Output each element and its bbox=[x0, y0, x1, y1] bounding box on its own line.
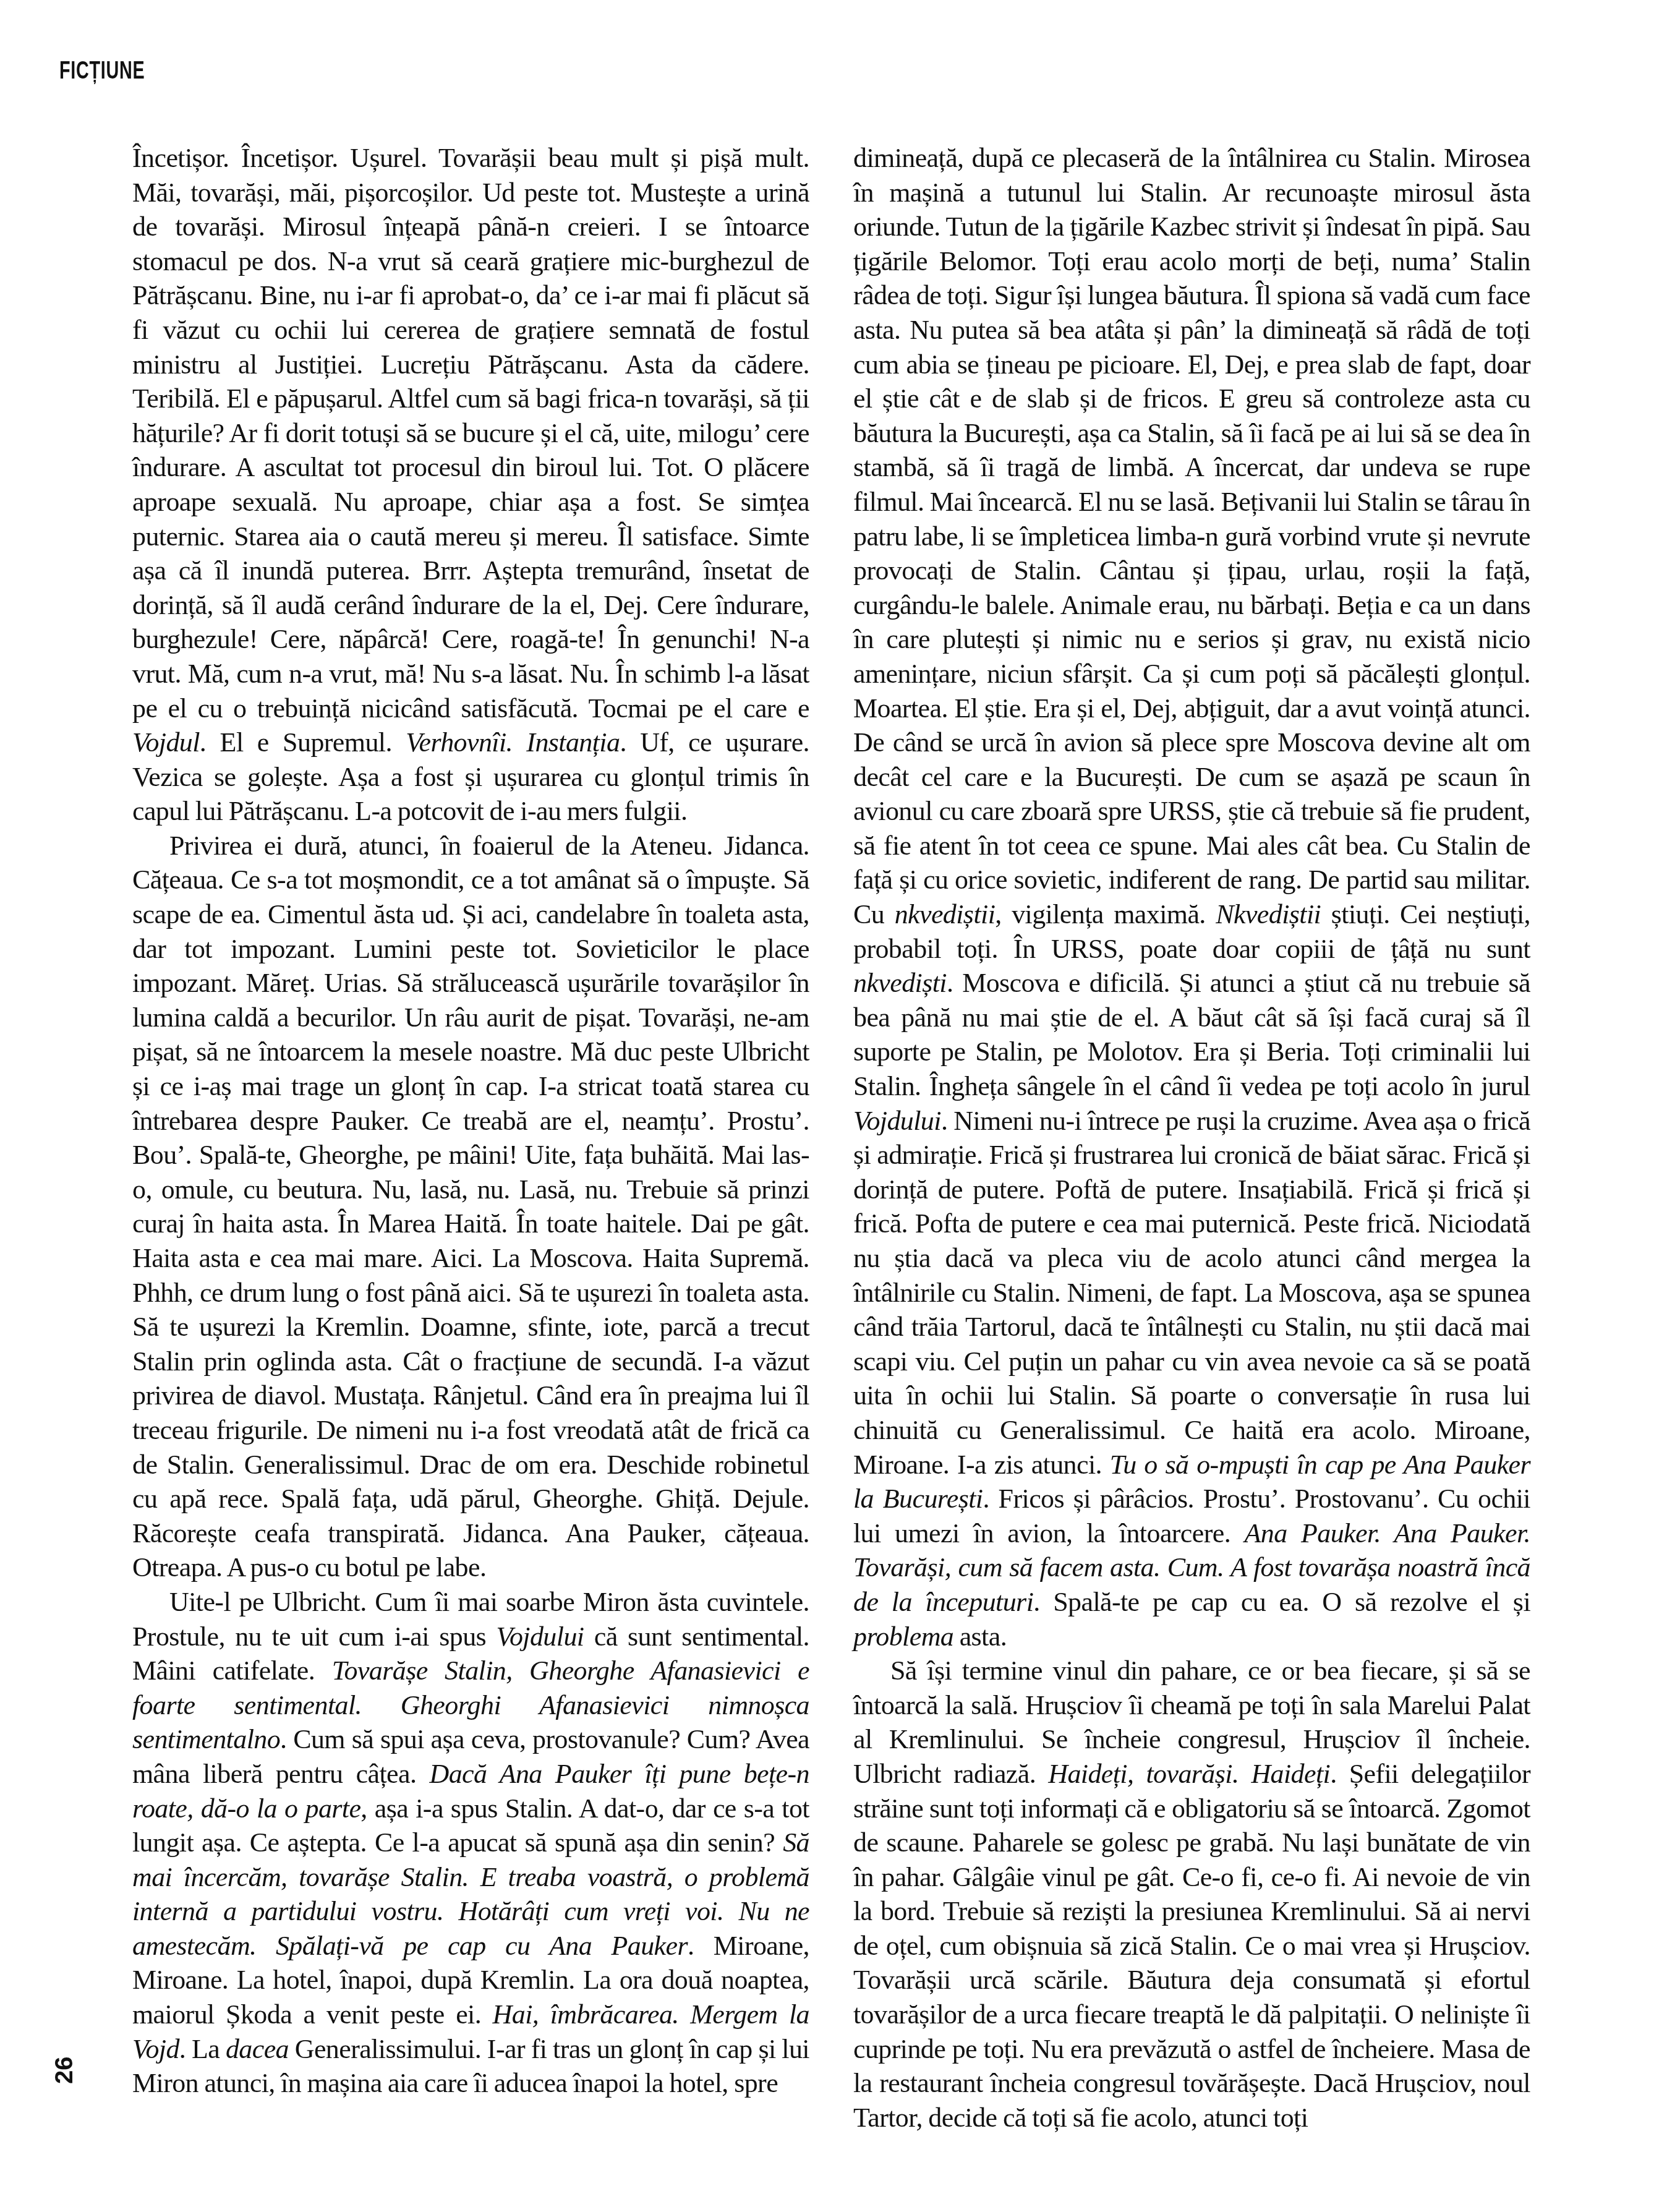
page-number: 26 bbox=[51, 2057, 79, 2085]
text-run: . La bbox=[179, 2034, 226, 2064]
text-run: . El e Supremul. bbox=[200, 727, 406, 758]
text-run: , poate doar copiii de țâță nu sunt bbox=[1118, 934, 1530, 964]
italic-run: dacea bbox=[226, 2034, 289, 2064]
text-run: Privirea ei dură, atunci, în foaierul de… bbox=[132, 831, 809, 1582]
paragraph: Uite-l pe Ulbricht. Cum îi mai soarbe Mi… bbox=[132, 1585, 809, 2101]
paragraph: Să își termine vinul din pahare, ce or b… bbox=[853, 1654, 1530, 2135]
text-run: . Nimeni nu-i întrece pe ruși la cruzime… bbox=[853, 1106, 1530, 1480]
paragraph: Privirea ei dură, atunci, în foaierul de… bbox=[132, 829, 809, 1585]
text-run: . Șefii delegațiilor străine sunt toți i… bbox=[853, 1759, 1530, 2133]
article-column-left: Încetișor. Încetișor. Ușurel. Tovarășii … bbox=[132, 141, 809, 2101]
italic-run: problema bbox=[853, 1621, 953, 1652]
text-run: . Moscova e dificilă. Și atunci a știut … bbox=[853, 968, 1530, 1101]
italic-run: Vojdului bbox=[497, 1621, 584, 1652]
text-run: dimineață, după ce plecaseră de la întâl… bbox=[853, 143, 1530, 826]
italic-run: Nkvediștii bbox=[1216, 899, 1321, 929]
paragraph: dimineață, după ce plecaseră de la întâl… bbox=[853, 141, 1530, 1654]
text-run: asta. bbox=[953, 1621, 1007, 1652]
italic-run: Verhovnîi. Instanția bbox=[406, 727, 620, 758]
text-run: , vigilența maximă. bbox=[995, 899, 1216, 929]
small-caps-run: URSS bbox=[1051, 934, 1118, 964]
italic-run: Haideți, tovarăși. Haideți bbox=[1048, 1759, 1330, 1789]
paragraph: Încetișor. Încetișor. Ușurel. Tovarășii … bbox=[132, 141, 809, 829]
text-run: . Spală-te pe cap cu ea. O să rezolve el… bbox=[1033, 1587, 1530, 1617]
text-run: Încetișor. Încetișor. Ușurel. Tovarășii … bbox=[132, 143, 809, 724]
italic-run: nkvediștii bbox=[895, 899, 996, 929]
article-column-right: dimineață, după ce plecaseră de la întâl… bbox=[853, 141, 1530, 2135]
section-label: FICȚIUNE bbox=[59, 57, 145, 85]
italic-run: Vojdul bbox=[132, 727, 200, 758]
italic-run: Vojdului bbox=[853, 1106, 941, 1136]
italic-run: nkvediști bbox=[853, 968, 947, 998]
small-caps-run: URSS bbox=[1148, 796, 1215, 826]
